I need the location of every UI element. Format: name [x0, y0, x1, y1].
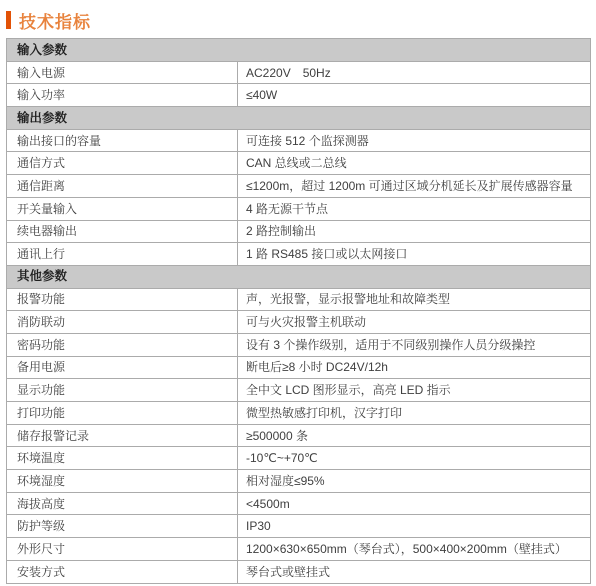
- spec-value: 声，光报警，显示报警地址和故障类型: [238, 288, 591, 311]
- spec-label: 通信方式: [7, 152, 238, 175]
- spec-row: 环境温度-10℃~+70℃: [7, 447, 591, 470]
- spec-value: 可连接 512 个监探测器: [238, 129, 591, 152]
- spec-value: 琴台式或壁挂式: [238, 560, 591, 583]
- spec-label: 环境温度: [7, 447, 238, 470]
- spec-table: 输入参数输入电源AC220V 50Hz输入功率≤40W输出参数输出接口的容量可连…: [6, 38, 591, 584]
- spec-value: 可与火灾报警主机联动: [238, 311, 591, 334]
- spec-value: CAN 总线或二总线: [238, 152, 591, 175]
- spec-row: 通讯上行1 路 RS485 接口或以太网接口: [7, 243, 591, 266]
- section-header-row: 其他参数: [7, 265, 591, 288]
- spec-row: 输入功率≤40W: [7, 84, 591, 107]
- spec-row: 通信距离≤1200m，超过 1200m 可通过区域分机延长及扩展传感器容量: [7, 175, 591, 198]
- spec-value: ≤1200m，超过 1200m 可通过区域分机延长及扩展传感器容量: [238, 175, 591, 198]
- spec-row: 开关量输入4 路无源干节点: [7, 197, 591, 220]
- section-header-label: 输出参数: [7, 107, 591, 130]
- spec-value: 1200×630×650mm（琴台式），500×400×200mm（壁挂式）: [238, 538, 591, 561]
- spec-row: 外形尺寸1200×630×650mm（琴台式），500×400×200mm（壁挂…: [7, 538, 591, 561]
- spec-row: 安装方式琴台式或壁挂式: [7, 560, 591, 583]
- spec-row: 海拔高度<4500m: [7, 492, 591, 515]
- spec-label: 续电器输出: [7, 220, 238, 243]
- page-title: 技术指标: [19, 8, 91, 33]
- spec-label: 防护等级: [7, 515, 238, 538]
- spec-label: 通信距离: [7, 175, 238, 198]
- spec-label: 密码功能: [7, 333, 238, 356]
- spec-row: 通信方式CAN 总线或二总线: [7, 152, 591, 175]
- section-header-label: 输入参数: [7, 39, 591, 62]
- spec-value: 1 路 RS485 接口或以太网接口: [238, 243, 591, 266]
- title-accent-bar-icon: [6, 11, 11, 29]
- spec-row: 续电器输出2 路控制输出: [7, 220, 591, 243]
- spec-row: 消防联动可与火灾报警主机联动: [7, 311, 591, 334]
- spec-row: 储存报警记录≥500000 条: [7, 424, 591, 447]
- spec-row: 输出接口的容量可连接 512 个监探测器: [7, 129, 591, 152]
- spec-label: 安装方式: [7, 560, 238, 583]
- spec-row: 报警功能声，光报警，显示报警地址和故障类型: [7, 288, 591, 311]
- spec-value: 设有 3 个操作级别，适用于不同级别操作人员分级操控: [238, 333, 591, 356]
- spec-row: 环境湿度相对湿度≤95%: [7, 470, 591, 493]
- spec-value: 相对湿度≤95%: [238, 470, 591, 493]
- spec-row: 输入电源AC220V 50Hz: [7, 61, 591, 84]
- spec-table-body: 输入参数输入电源AC220V 50Hz输入功率≤40W输出参数输出接口的容量可连…: [7, 39, 591, 584]
- spec-value: 2 路控制输出: [238, 220, 591, 243]
- spec-value: ≥500000 条: [238, 424, 591, 447]
- spec-label: 输入功率: [7, 84, 238, 107]
- spec-row: 备用电源断电后≥8 小时 DC24V/12h: [7, 356, 591, 379]
- spec-page: 技术指标 输入参数输入电源AC220V 50Hz输入功率≤40W输出参数输出接口…: [0, 0, 596, 586]
- spec-label: 备用电源: [7, 356, 238, 379]
- section-header-row: 输入参数: [7, 39, 591, 62]
- spec-row: 防护等级IP30: [7, 515, 591, 538]
- spec-row: 打印功能微型热敏感打印机，汉字打印: [7, 402, 591, 425]
- spec-value: 4 路无源干节点: [238, 197, 591, 220]
- spec-label: 储存报警记录: [7, 424, 238, 447]
- section-header-row: 输出参数: [7, 107, 591, 130]
- spec-label: 报警功能: [7, 288, 238, 311]
- section-header-label: 其他参数: [7, 265, 591, 288]
- spec-row: 密码功能设有 3 个操作级别，适用于不同级别操作人员分级操控: [7, 333, 591, 356]
- spec-label: 通讯上行: [7, 243, 238, 266]
- spec-label: 输入电源: [7, 61, 238, 84]
- spec-label: 开关量输入: [7, 197, 238, 220]
- spec-value: AC220V 50Hz: [238, 61, 591, 84]
- spec-label: 外形尺寸: [7, 538, 238, 561]
- spec-value: <4500m: [238, 492, 591, 515]
- spec-value: ≤40W: [238, 84, 591, 107]
- section-title-block: 技术指标: [0, 0, 596, 38]
- spec-label: 环境湿度: [7, 470, 238, 493]
- spec-label: 消防联动: [7, 311, 238, 334]
- spec-value: 断电后≥8 小时 DC24V/12h: [238, 356, 591, 379]
- spec-value: 微型热敏感打印机，汉字打印: [238, 402, 591, 425]
- spec-value: 全中文 LCD 图形显示，高亮 LED 指示: [238, 379, 591, 402]
- spec-row: 显示功能全中文 LCD 图形显示，高亮 LED 指示: [7, 379, 591, 402]
- spec-label: 显示功能: [7, 379, 238, 402]
- spec-label: 输出接口的容量: [7, 129, 238, 152]
- spec-value: -10℃~+70℃: [238, 447, 591, 470]
- spec-value: IP30: [238, 515, 591, 538]
- spec-label: 海拔高度: [7, 492, 238, 515]
- spec-label: 打印功能: [7, 402, 238, 425]
